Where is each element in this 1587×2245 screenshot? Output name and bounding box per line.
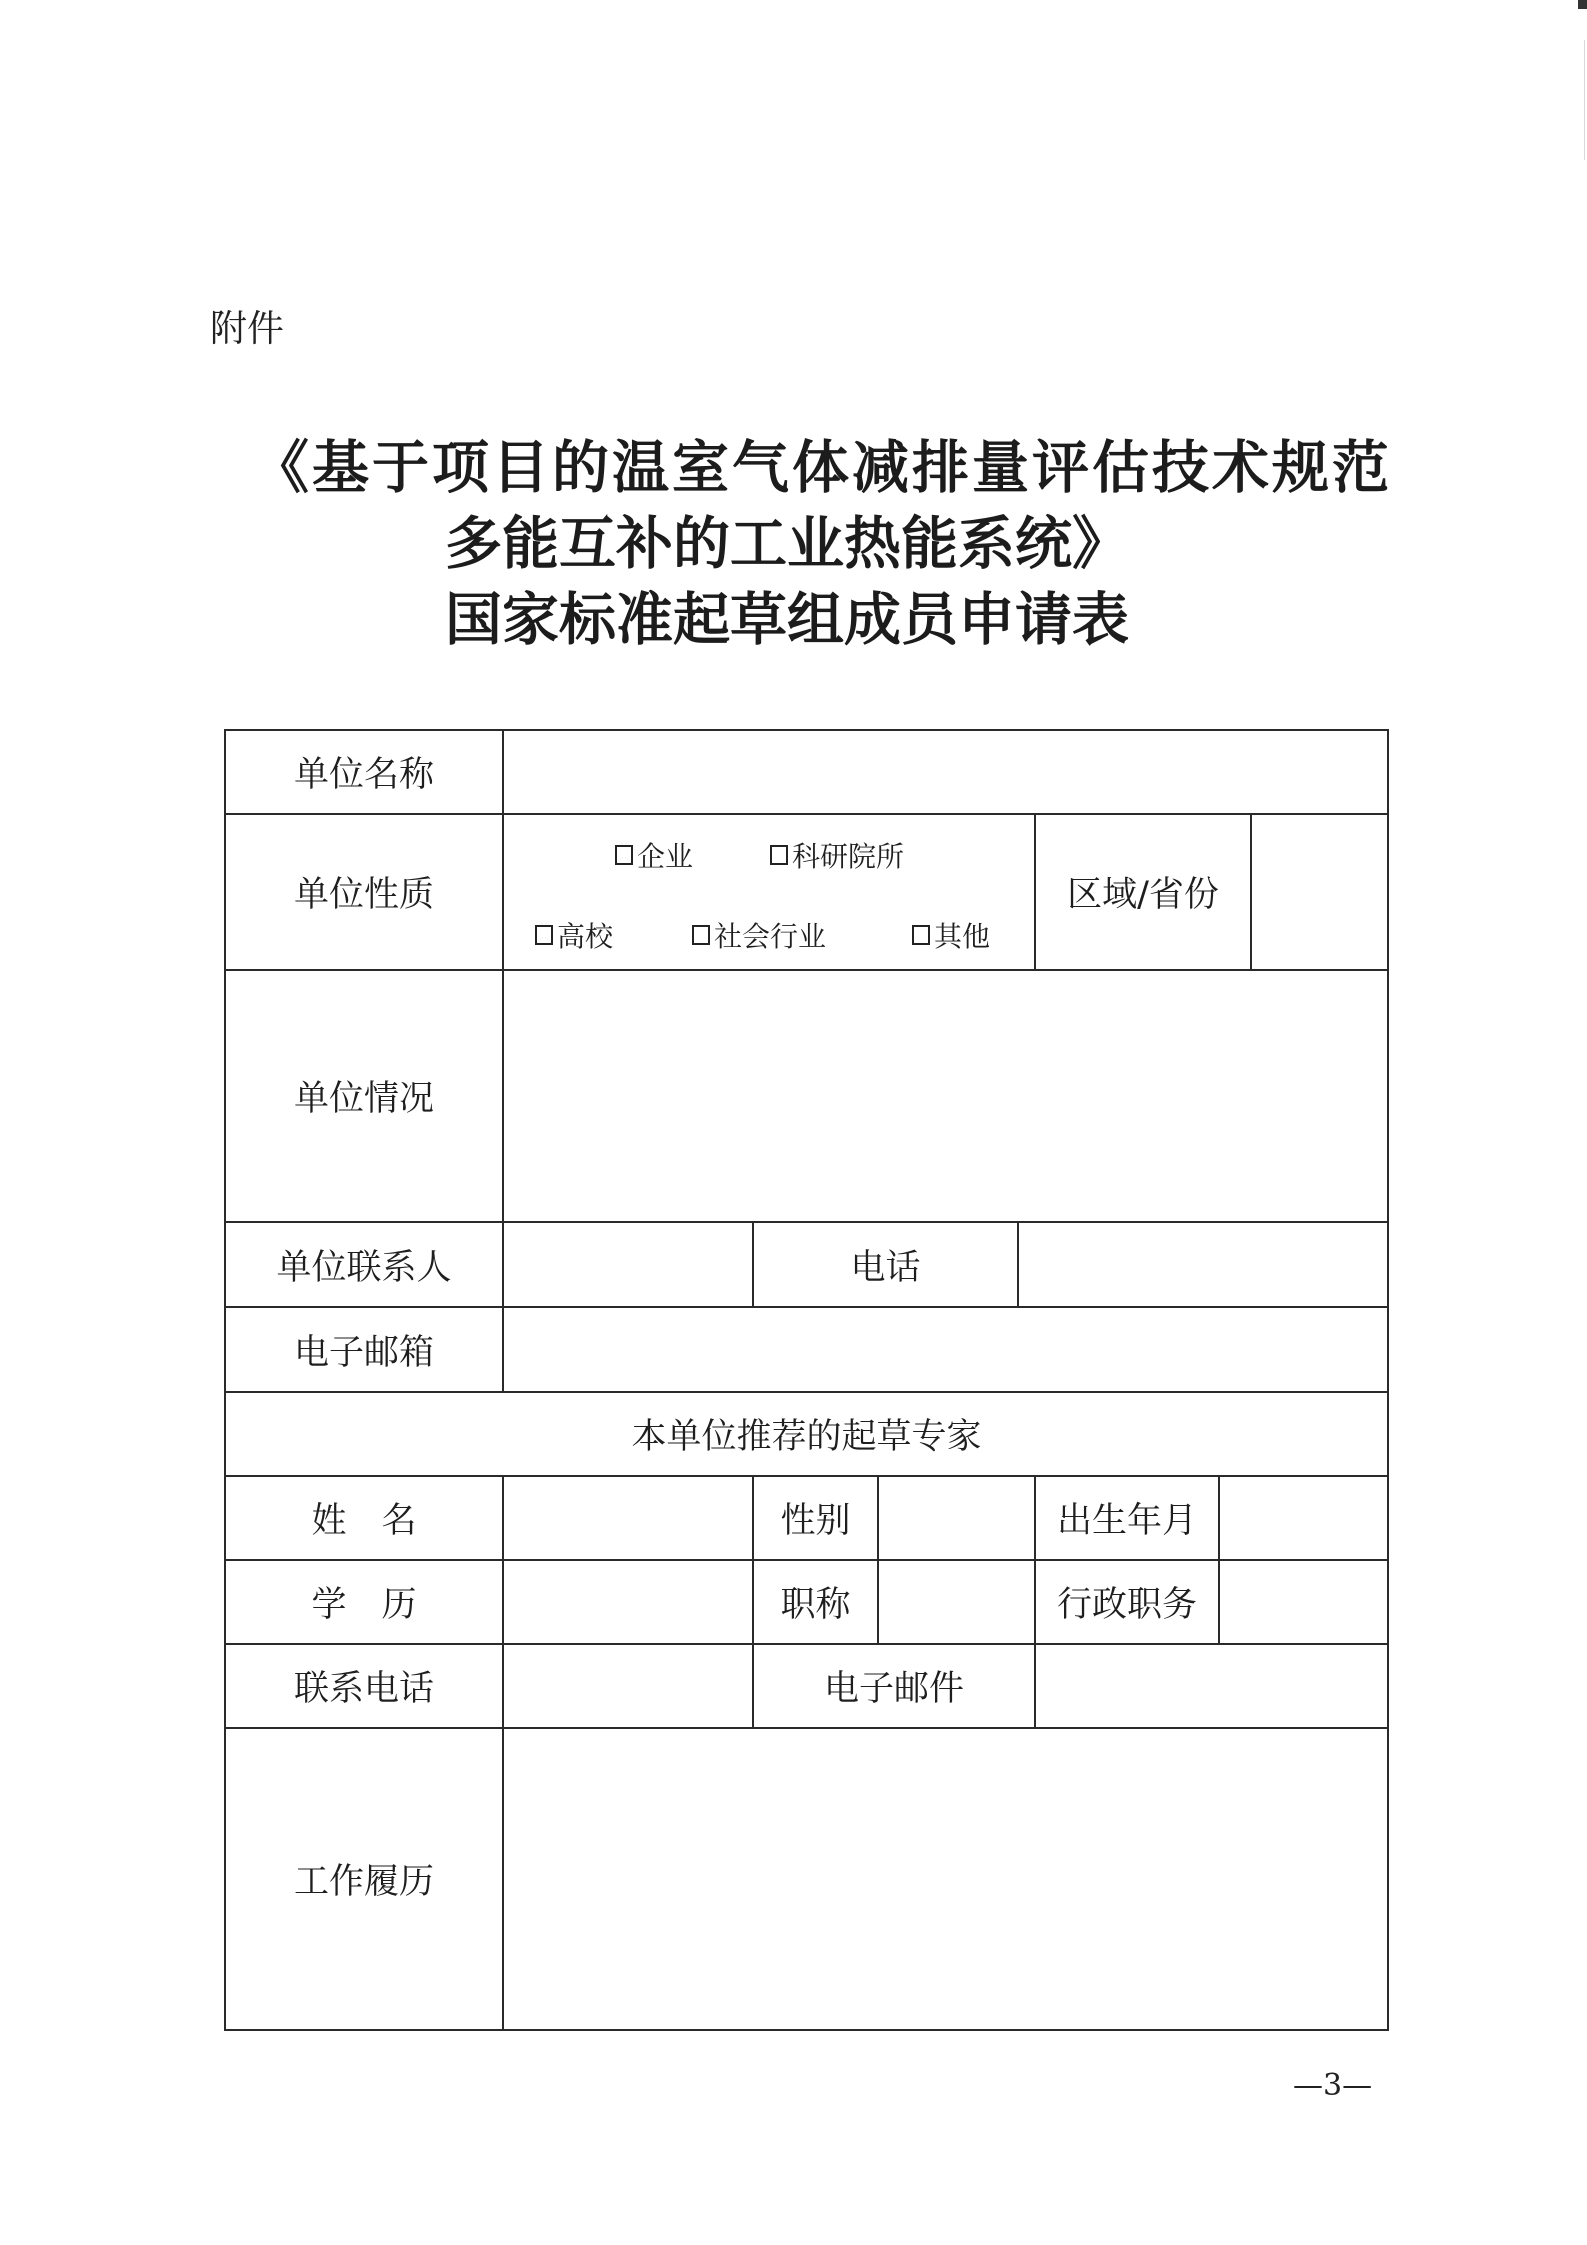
expert-email-label-text: 电子邮件 — [824, 1661, 964, 1711]
expert-phone-label-text: 联系电话 — [294, 1661, 434, 1711]
attachment-label: 附件 — [210, 306, 284, 352]
unit-name-label-text: 单位名称 — [294, 747, 434, 797]
expert-education-field[interactable] — [502, 1559, 754, 1645]
page-number: —3— — [1293, 2066, 1372, 2106]
document-title-line-2: 多能互补的工业热能系统》 — [445, 506, 1587, 582]
expert-position-label-text: 行政职务 — [1057, 1577, 1197, 1627]
expert-section-title: 本单位推荐的起草专家 — [631, 1409, 981, 1459]
expert-education-label: 学 历 — [224, 1559, 504, 1645]
unit-name-field[interactable] — [502, 729, 1389, 815]
application-form-table: 单位名称 单位性质 企业 科研院所 高校 社会行业 其他 区域/省份 — [224, 729, 1389, 2031]
expert-email-label: 电子邮件 — [752, 1643, 1036, 1729]
region-label-text: 区域/省份 — [1067, 867, 1219, 917]
expert-title-label: 职称 — [752, 1559, 879, 1645]
option-university-label: 高校 — [557, 915, 613, 955]
scan-corner-mark — [1578, 0, 1587, 9]
expert-title-field[interactable] — [877, 1559, 1036, 1645]
checkbox-icon[interactable] — [535, 925, 553, 945]
unit-type-label: 单位性质 — [224, 813, 504, 971]
option-university[interactable]: 高校 — [535, 915, 613, 955]
phone-label: 电话 — [752, 1221, 1019, 1308]
expert-title-label-text: 职称 — [780, 1577, 850, 1627]
option-other[interactable]: 其他 — [912, 915, 990, 955]
expert-position-field[interactable] — [1218, 1559, 1389, 1645]
expert-birth-field[interactable] — [1218, 1475, 1389, 1561]
work-history-label-text: 工作履历 — [294, 1854, 434, 1904]
region-field[interactable] — [1250, 813, 1389, 971]
phone-field[interactable] — [1017, 1221, 1389, 1308]
region-label: 区域/省份 — [1034, 813, 1252, 971]
checkbox-icon[interactable] — [615, 845, 633, 865]
work-history-field[interactable] — [502, 1727, 1389, 2031]
unit-contact-field[interactable] — [502, 1221, 754, 1308]
unit-info-label-text: 单位情况 — [294, 1071, 434, 1121]
expert-birth-label: 出生年月 — [1034, 1475, 1220, 1561]
expert-position-label: 行政职务 — [1034, 1559, 1220, 1645]
email-field[interactable] — [502, 1306, 1389, 1393]
expert-gender-field[interactable] — [877, 1475, 1036, 1561]
expert-education-label-text: 学 历 — [311, 1577, 416, 1627]
checkbox-icon[interactable] — [912, 925, 930, 945]
checkbox-icon[interactable] — [770, 845, 788, 865]
document-title-line-3: 国家标准起草组成员申请表 — [445, 582, 1587, 658]
unit-contact-label-text: 单位联系人 — [276, 1240, 451, 1290]
unit-info-field[interactable] — [502, 969, 1389, 1223]
unit-info-label: 单位情况 — [224, 969, 504, 1223]
expert-name-field[interactable] — [502, 1475, 754, 1561]
unit-type-options: 企业 科研院所 高校 社会行业 其他 — [502, 813, 1036, 971]
option-research-institute-label: 科研院所 — [792, 835, 904, 875]
unit-contact-label: 单位联系人 — [224, 1221, 504, 1308]
expert-email-field[interactable] — [1034, 1643, 1389, 1729]
expert-phone-label: 联系电话 — [224, 1643, 504, 1729]
option-research-institute[interactable]: 科研院所 — [770, 835, 904, 875]
email-label-text: 电子邮箱 — [294, 1325, 434, 1375]
scan-edge-line — [1584, 40, 1585, 160]
expert-name-label: 姓 名 — [224, 1475, 504, 1561]
document-title-line-1: 《基于项目的温室气体减排量评估技术规范 — [252, 430, 1587, 506]
expert-gender-label: 性别 — [752, 1475, 879, 1561]
unit-type-label-text: 单位性质 — [294, 867, 434, 917]
expert-birth-label-text: 出生年月 — [1057, 1493, 1197, 1543]
expert-section-header: 本单位推荐的起草专家 — [224, 1391, 1389, 1477]
phone-label-text: 电话 — [850, 1240, 920, 1290]
option-enterprise[interactable]: 企业 — [615, 835, 693, 875]
work-history-label: 工作履历 — [224, 1727, 504, 2031]
expert-phone-field[interactable] — [502, 1643, 754, 1729]
option-social-industry[interactable]: 社会行业 — [692, 915, 826, 955]
option-enterprise-label: 企业 — [637, 835, 693, 875]
checkbox-icon[interactable] — [692, 925, 710, 945]
expert-gender-label-text: 性别 — [780, 1493, 850, 1543]
expert-name-label-text: 姓 名 — [311, 1493, 416, 1543]
email-label: 电子邮箱 — [224, 1306, 504, 1393]
unit-name-label: 单位名称 — [224, 729, 504, 815]
option-social-industry-label: 社会行业 — [714, 915, 826, 955]
option-other-label: 其他 — [934, 915, 990, 955]
